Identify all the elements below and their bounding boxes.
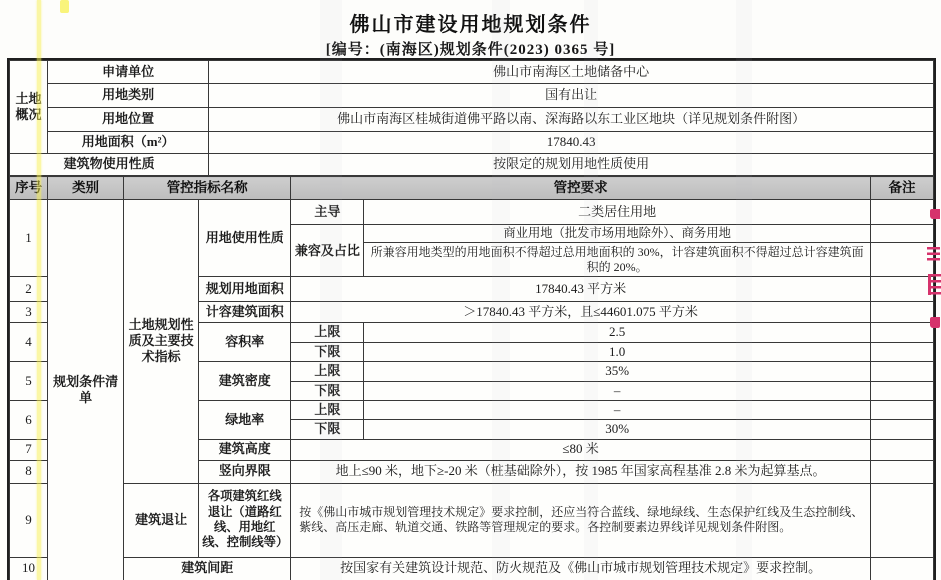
row4-lower-label: 下限 (291, 342, 364, 361)
land-area-value: 17840.43 (209, 132, 934, 154)
row6-lower-label: 下限 (291, 420, 364, 439)
header-remark: 备注 (870, 177, 933, 200)
land-overview-table: 土地概况 申请单位 佛山市南海区土地储备中心 用地类别 国有出让 用地位置 佛山… (9, 60, 934, 176)
row4-upper-value: 2.5 (364, 323, 871, 342)
remark-cell (870, 342, 933, 361)
land-area-label: 用地面积（m²） (48, 132, 209, 154)
row4-lower-value: 1.0 (364, 342, 871, 361)
applicant-label: 申请单位 (48, 61, 209, 84)
row7-indicator: 建筑高度 (199, 439, 291, 460)
row5-seq: 5 (10, 361, 48, 400)
row7-seq: 7 (10, 439, 48, 460)
row6-upper-label: 上限 (291, 401, 364, 420)
planning-conditions-table: 土地概况 申请单位 佛山市南海区土地储备中心 用地类别 国有出让 用地位置 佛山… (7, 58, 936, 580)
land-overview-section-label: 土地概况 (10, 61, 48, 154)
table-row: 10 建筑间距 按国家有关建筑设计规范、防火规范及《佛山市城市规划管理技术规定》… (10, 557, 934, 580)
row10-value: 按国家有关建筑设计规范、防火规范及《佛山市城市规划管理技术规定》要求控制。 (291, 557, 871, 580)
remark-cell (870, 200, 933, 225)
row10-seq: 10 (10, 557, 48, 580)
row9-group: 建筑退让 (124, 483, 199, 557)
remark-cell (870, 483, 933, 557)
row3-indicator: 计容建筑面积 (199, 302, 291, 323)
building-use-label: 建筑物使用性质 (10, 154, 209, 176)
row6-seq: 6 (10, 401, 48, 440)
remark-cell (870, 420, 933, 439)
table-header-row: 序号 类别 管控指标名称 管控要求 备注 (10, 177, 934, 200)
remark-cell (870, 439, 933, 460)
table-row: 1 规划条件清单 土地规划性质及主要技术指标 用地使用性质 主导 二类居住用地 (10, 200, 934, 225)
land-category-label: 用地类别 (48, 84, 209, 108)
scanned-document-page: 佛山市建设用地规划条件 [编号：(南海区)规划条件(2023) 0365 号] … (0, 0, 941, 580)
remark-cell (870, 323, 933, 342)
remark-cell (870, 302, 933, 323)
row1-compat-value2: 所兼容用地类型的用地面积不得超过总用地面积的 30%，计容建筑面积不得超过总计容… (364, 243, 871, 277)
row3-seq: 3 (10, 302, 48, 323)
row1-seq: 1 (10, 200, 48, 277)
building-use-value: 按限定的规划用地性质使用 (209, 154, 934, 176)
row5-lower-value: – (364, 381, 871, 400)
row6-indicator: 绿地率 (199, 401, 291, 440)
remark-cell (870, 243, 933, 277)
header-seq: 序号 (10, 177, 48, 200)
row1-indicator: 用地使用性质 (199, 200, 291, 277)
remark-cell (870, 277, 933, 302)
row2-seq: 2 (10, 277, 48, 302)
control-indicators-table: 序号 类别 管控指标名称 管控要求 备注 1 规划条件清单 土地规划性质及主要技… (9, 176, 934, 580)
row4-seq: 4 (10, 323, 48, 362)
row5-upper-label: 上限 (291, 361, 364, 381)
row1-compat-value1: 商业用地（批发市场用地除外）、商务用地 (364, 225, 871, 243)
row6-upper-value: – (364, 401, 871, 420)
row8-value: 地上≤90 米，地下≥-20 米（桩基础除外），按 1985 年国家高程基准 2… (291, 460, 871, 483)
applicant-value: 佛山市南海区土地储备中心 (209, 61, 934, 84)
row5-upper-value: 35% (364, 361, 871, 381)
row2-indicator: 规划用地面积 (199, 277, 291, 302)
remark-cell (870, 557, 933, 580)
document-number: [编号：(南海区)规划条件(2023) 0365 号] (0, 38, 941, 59)
row4-indicator: 容积率 (199, 323, 291, 362)
remark-cell (870, 401, 933, 420)
table-row: 9 建筑退让 各项建筑红线退让（道路红线、用地红线、控制线等） 按《佛山市城市规… (10, 483, 934, 557)
tech-group-cell: 土地规划性质及主要技术指标 (124, 200, 199, 484)
row2-value: 17840.43 平方米 (291, 277, 871, 302)
category-cell: 规划条件清单 (48, 200, 124, 580)
header-requirement: 管控要求 (291, 177, 871, 200)
header-category: 类别 (48, 177, 124, 200)
row1-dominant-label: 主导 (291, 200, 364, 225)
row5-indicator: 建筑密度 (199, 361, 291, 400)
row9-indicator: 各项建筑红线退让（道路红线、用地红线、控制线等） (199, 483, 291, 557)
row1-dominant-value: 二类居住用地 (364, 200, 871, 225)
page-title: 佛山市建设用地规划条件 (0, 8, 941, 37)
remark-cell (870, 361, 933, 381)
land-category-value: 国有出让 (209, 84, 934, 108)
row3-value: ＞17840.43 平方米，且≤44601.075 平方米 (291, 302, 871, 323)
row1-compat-label: 兼容及占比 (291, 225, 364, 277)
remark-cell (870, 381, 933, 400)
remark-cell (870, 225, 933, 243)
row10-indicator: 建筑间距 (124, 557, 291, 580)
remark-cell (870, 460, 933, 483)
row8-seq: 8 (10, 460, 48, 483)
row9-value: 按《佛山市城市规划管理技术规定》要求控制，还应当符合蓝线、绿地绿线、生态保护红线… (291, 483, 871, 557)
row8-indicator: 竖向界限 (199, 460, 291, 483)
row7-value: ≤80 米 (291, 439, 871, 460)
row9-seq: 9 (10, 483, 48, 557)
row5-lower-label: 下限 (291, 381, 364, 400)
row4-upper-label: 上限 (291, 323, 364, 342)
header-indicator-name: 管控指标名称 (124, 177, 291, 200)
land-location-label: 用地位置 (48, 108, 209, 132)
row6-lower-value: 30% (364, 420, 871, 439)
land-location-value: 佛山市南海区桂城街道佛平路以南、深海路以东工业区地块（详见规划条件附图） (209, 108, 934, 132)
